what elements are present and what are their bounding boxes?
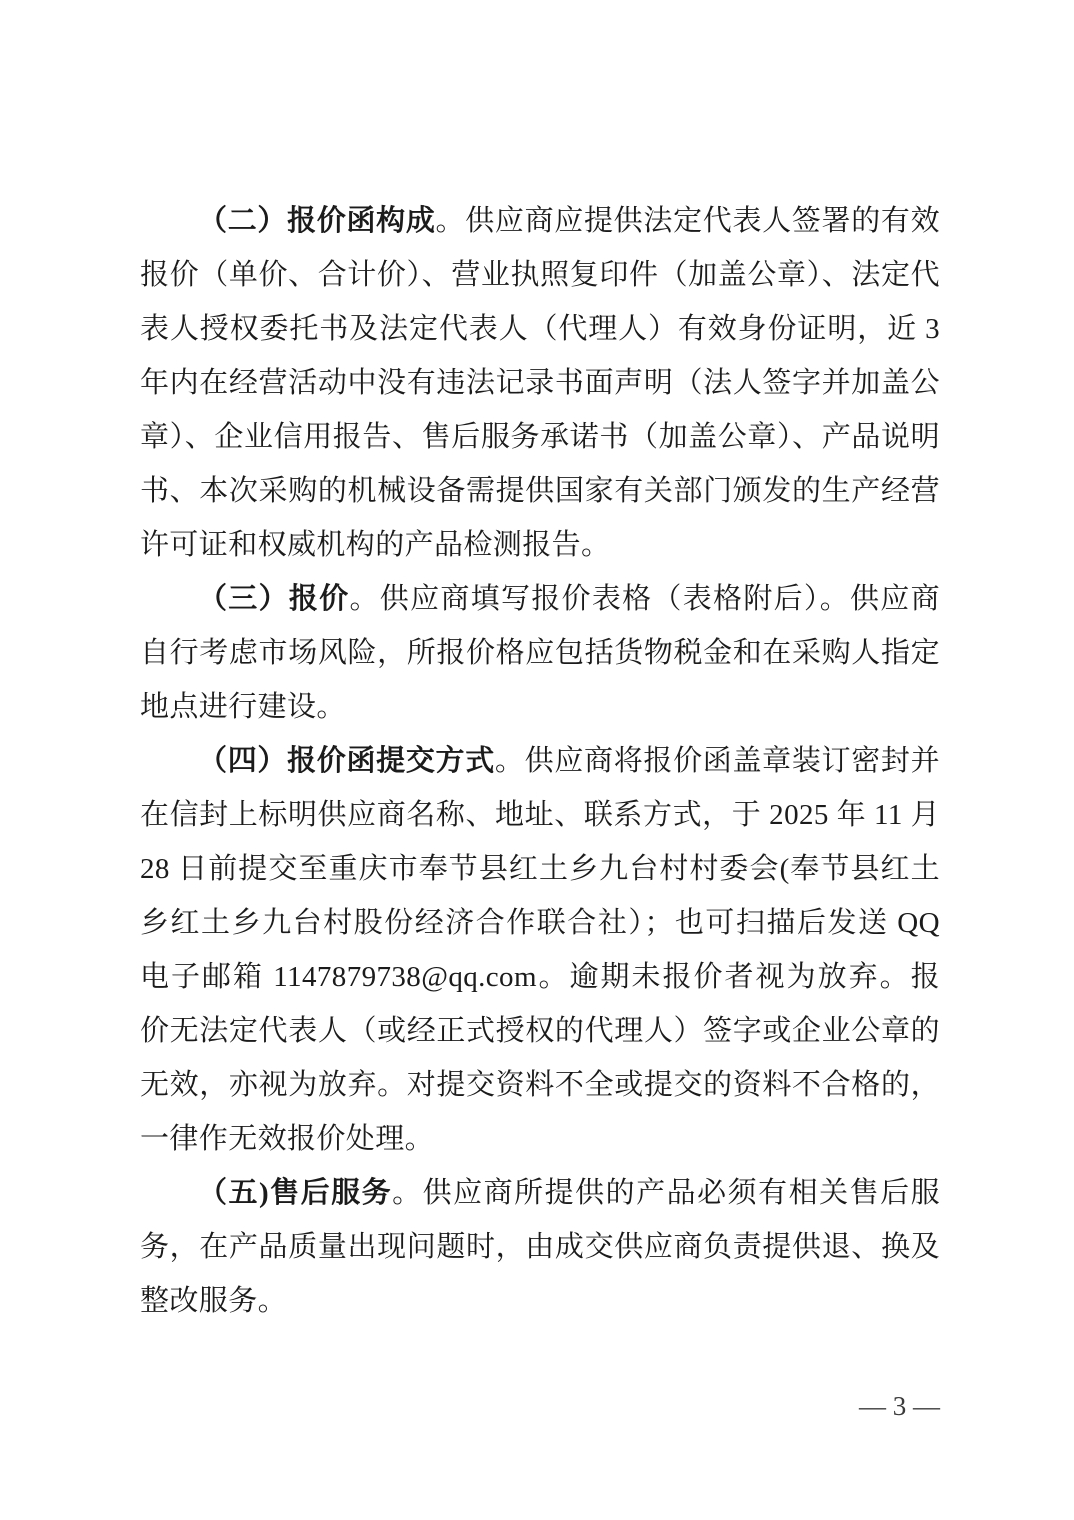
document-page: （二）报价函构成。供应商应提供法定代表人签署的有效报价（单价、合计价）、营业执照…	[0, 0, 1074, 1520]
clause-3-title: 报价	[289, 583, 350, 615]
document-body: （二）报价函构成。供应商应提供法定代表人签署的有效报价（单价、合计价）、营业执照…	[140, 194, 940, 1328]
paragraph-after-sales-service: （五)售后服务。供应商所提供的产品必须有相关售后服务，在产品质量出现问题时，由成…	[140, 1166, 940, 1328]
clause-4-label: （四）	[198, 745, 287, 777]
clause-4-separator: 。	[495, 745, 525, 777]
paragraph-submission-method: （四）报价函提交方式。供应商将报价函盖章装订密封并在信封上标明供应商名称、地址、…	[140, 734, 940, 1166]
clause-4-title: 报价函提交方式	[287, 745, 495, 777]
clause-3-separator: 。	[349, 583, 379, 615]
clause-5-separator: 。	[392, 1177, 423, 1209]
paragraph-quote-letter-composition: （二）报价函构成。供应商应提供法定代表人签署的有效报价（单价、合计价）、营业执照…	[140, 194, 940, 572]
clause-5-title: 售后服务	[269, 1177, 392, 1209]
clause-2-title: 报价函构成	[287, 205, 435, 237]
clause-2-body: 供应商应提供法定代表人签署的有效报价（单价、合计价）、营业执照复印件（加盖公章）…	[140, 205, 940, 561]
clause-3-label: （三）	[198, 583, 289, 615]
clause-5-label: （五)	[198, 1177, 269, 1209]
clause-2-label: （二）	[198, 205, 287, 237]
page-number: — 3 —	[859, 1390, 940, 1422]
clause-2-separator: 。	[436, 205, 466, 237]
clause-4-body: 供应商将报价函盖章装订密封并在信封上标明供应商名称、地址、联系方式，于 2025…	[140, 745, 940, 1155]
paragraph-quotation: （三）报价。供应商填写报价表格（表格附后）。供应商自行考虑市场风险，所报价格应包…	[140, 572, 940, 734]
